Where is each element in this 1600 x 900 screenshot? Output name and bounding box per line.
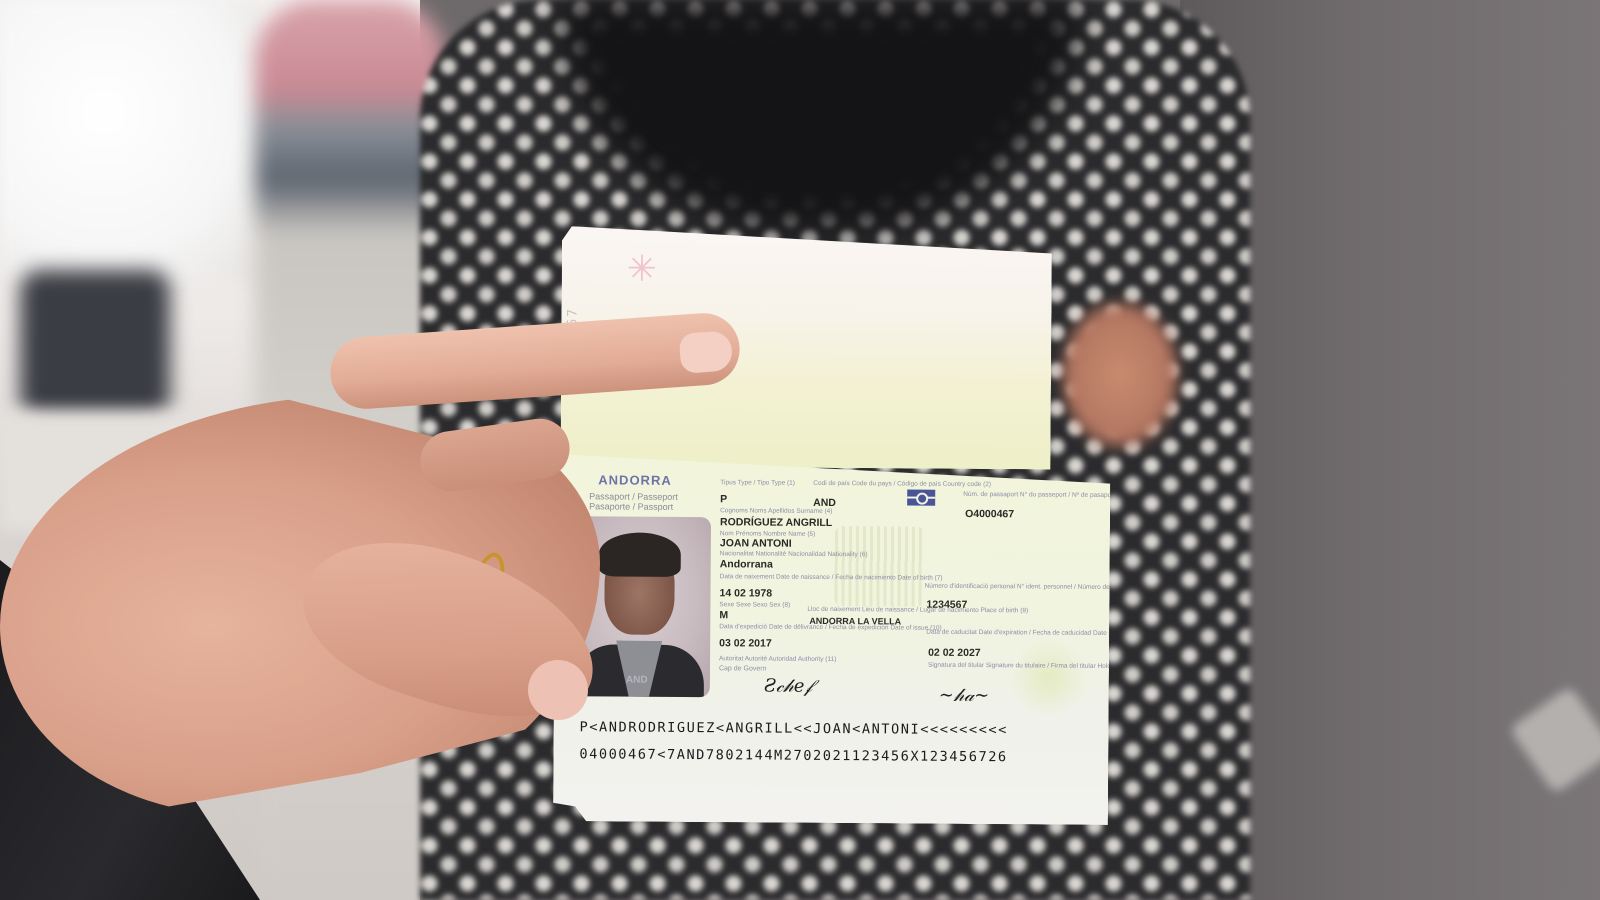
- authority-signature: Ƨ𝒸𝒽𝑒𝒻: [764, 676, 813, 697]
- surname-label: Cognoms Noms Apellidos Surname (4): [720, 507, 832, 515]
- nationality-label: Nacionalitat Nationalité Nacionalidad Na…: [720, 550, 868, 558]
- hologram: [1009, 637, 1090, 718]
- document-type-line-1: Passaport / Passeport: [589, 491, 678, 502]
- mrz-line-1: P<ANDRODRIGUEZ<ANGRILL<<JOAN<ANTONI<<<<<…: [580, 719, 1008, 738]
- nationality-value: Andorrana: [720, 558, 773, 570]
- passport: 04467 ✳ ANDORRA Passaport / Passeport Pa…: [543, 226, 1117, 825]
- holder-signature: ~𝒽𝒶~: [939, 685, 990, 706]
- star-stamp-icon: ✳: [627, 249, 667, 289]
- surname-value: RODRÍGUEZ ANGRILL: [720, 516, 832, 529]
- country-code-label: Codi de país Code du pays / Código de pa…: [813, 480, 991, 488]
- type-label: Tipus Type / Tipo Type (1): [720, 479, 795, 487]
- date-of-expiry-label: Data de caducitat Date d'expiration / Fe…: [926, 629, 1146, 638]
- sex-value: M: [719, 609, 728, 621]
- given-names-value: JOAN ANTONI: [720, 537, 792, 550]
- guilloche-pattern: [834, 526, 925, 607]
- sex-label: Sexe Sexe Sexo Sex (8): [719, 601, 790, 608]
- photo-country-code: AND: [626, 675, 648, 686]
- background-chair: [20, 270, 170, 420]
- date-of-birth-value: 14 02 1978: [719, 587, 772, 599]
- authority-value: Cap de Govern: [719, 665, 767, 672]
- passport-data-page: ANDORRA Passaport / Passeport Pasaporte …: [553, 454, 1111, 825]
- date-of-issue-value: 03 02 2017: [719, 637, 772, 649]
- andorra-emblem-icon: [907, 490, 935, 506]
- bright-window: [0, 0, 260, 280]
- thumbnail: [528, 660, 588, 720]
- issuing-country: ANDORRA: [598, 472, 672, 488]
- type-value: P: [720, 493, 727, 505]
- place-of-birth-label: Lloc de naixement Lieu de naissance / Lu…: [807, 606, 1028, 615]
- date-of-issue-label: Data d'expedició Date de délivrance / Fe…: [719, 623, 941, 632]
- photo-hair: [599, 532, 681, 577]
- authority-label: Autoritat Autorité Autoridad Authority (…: [719, 655, 836, 663]
- date-of-expiry-value: 02 02 2027: [928, 647, 981, 659]
- date-of-birth-label: Data de naixement Date de naissance / Fe…: [720, 573, 943, 582]
- mrz-line-2: 04000467<7AND7802144M2702021123456X12345…: [579, 746, 1007, 765]
- document-type-line-2: Pasaporte / Passport: [589, 501, 673, 512]
- passport-number-value: O4000467: [965, 508, 1014, 520]
